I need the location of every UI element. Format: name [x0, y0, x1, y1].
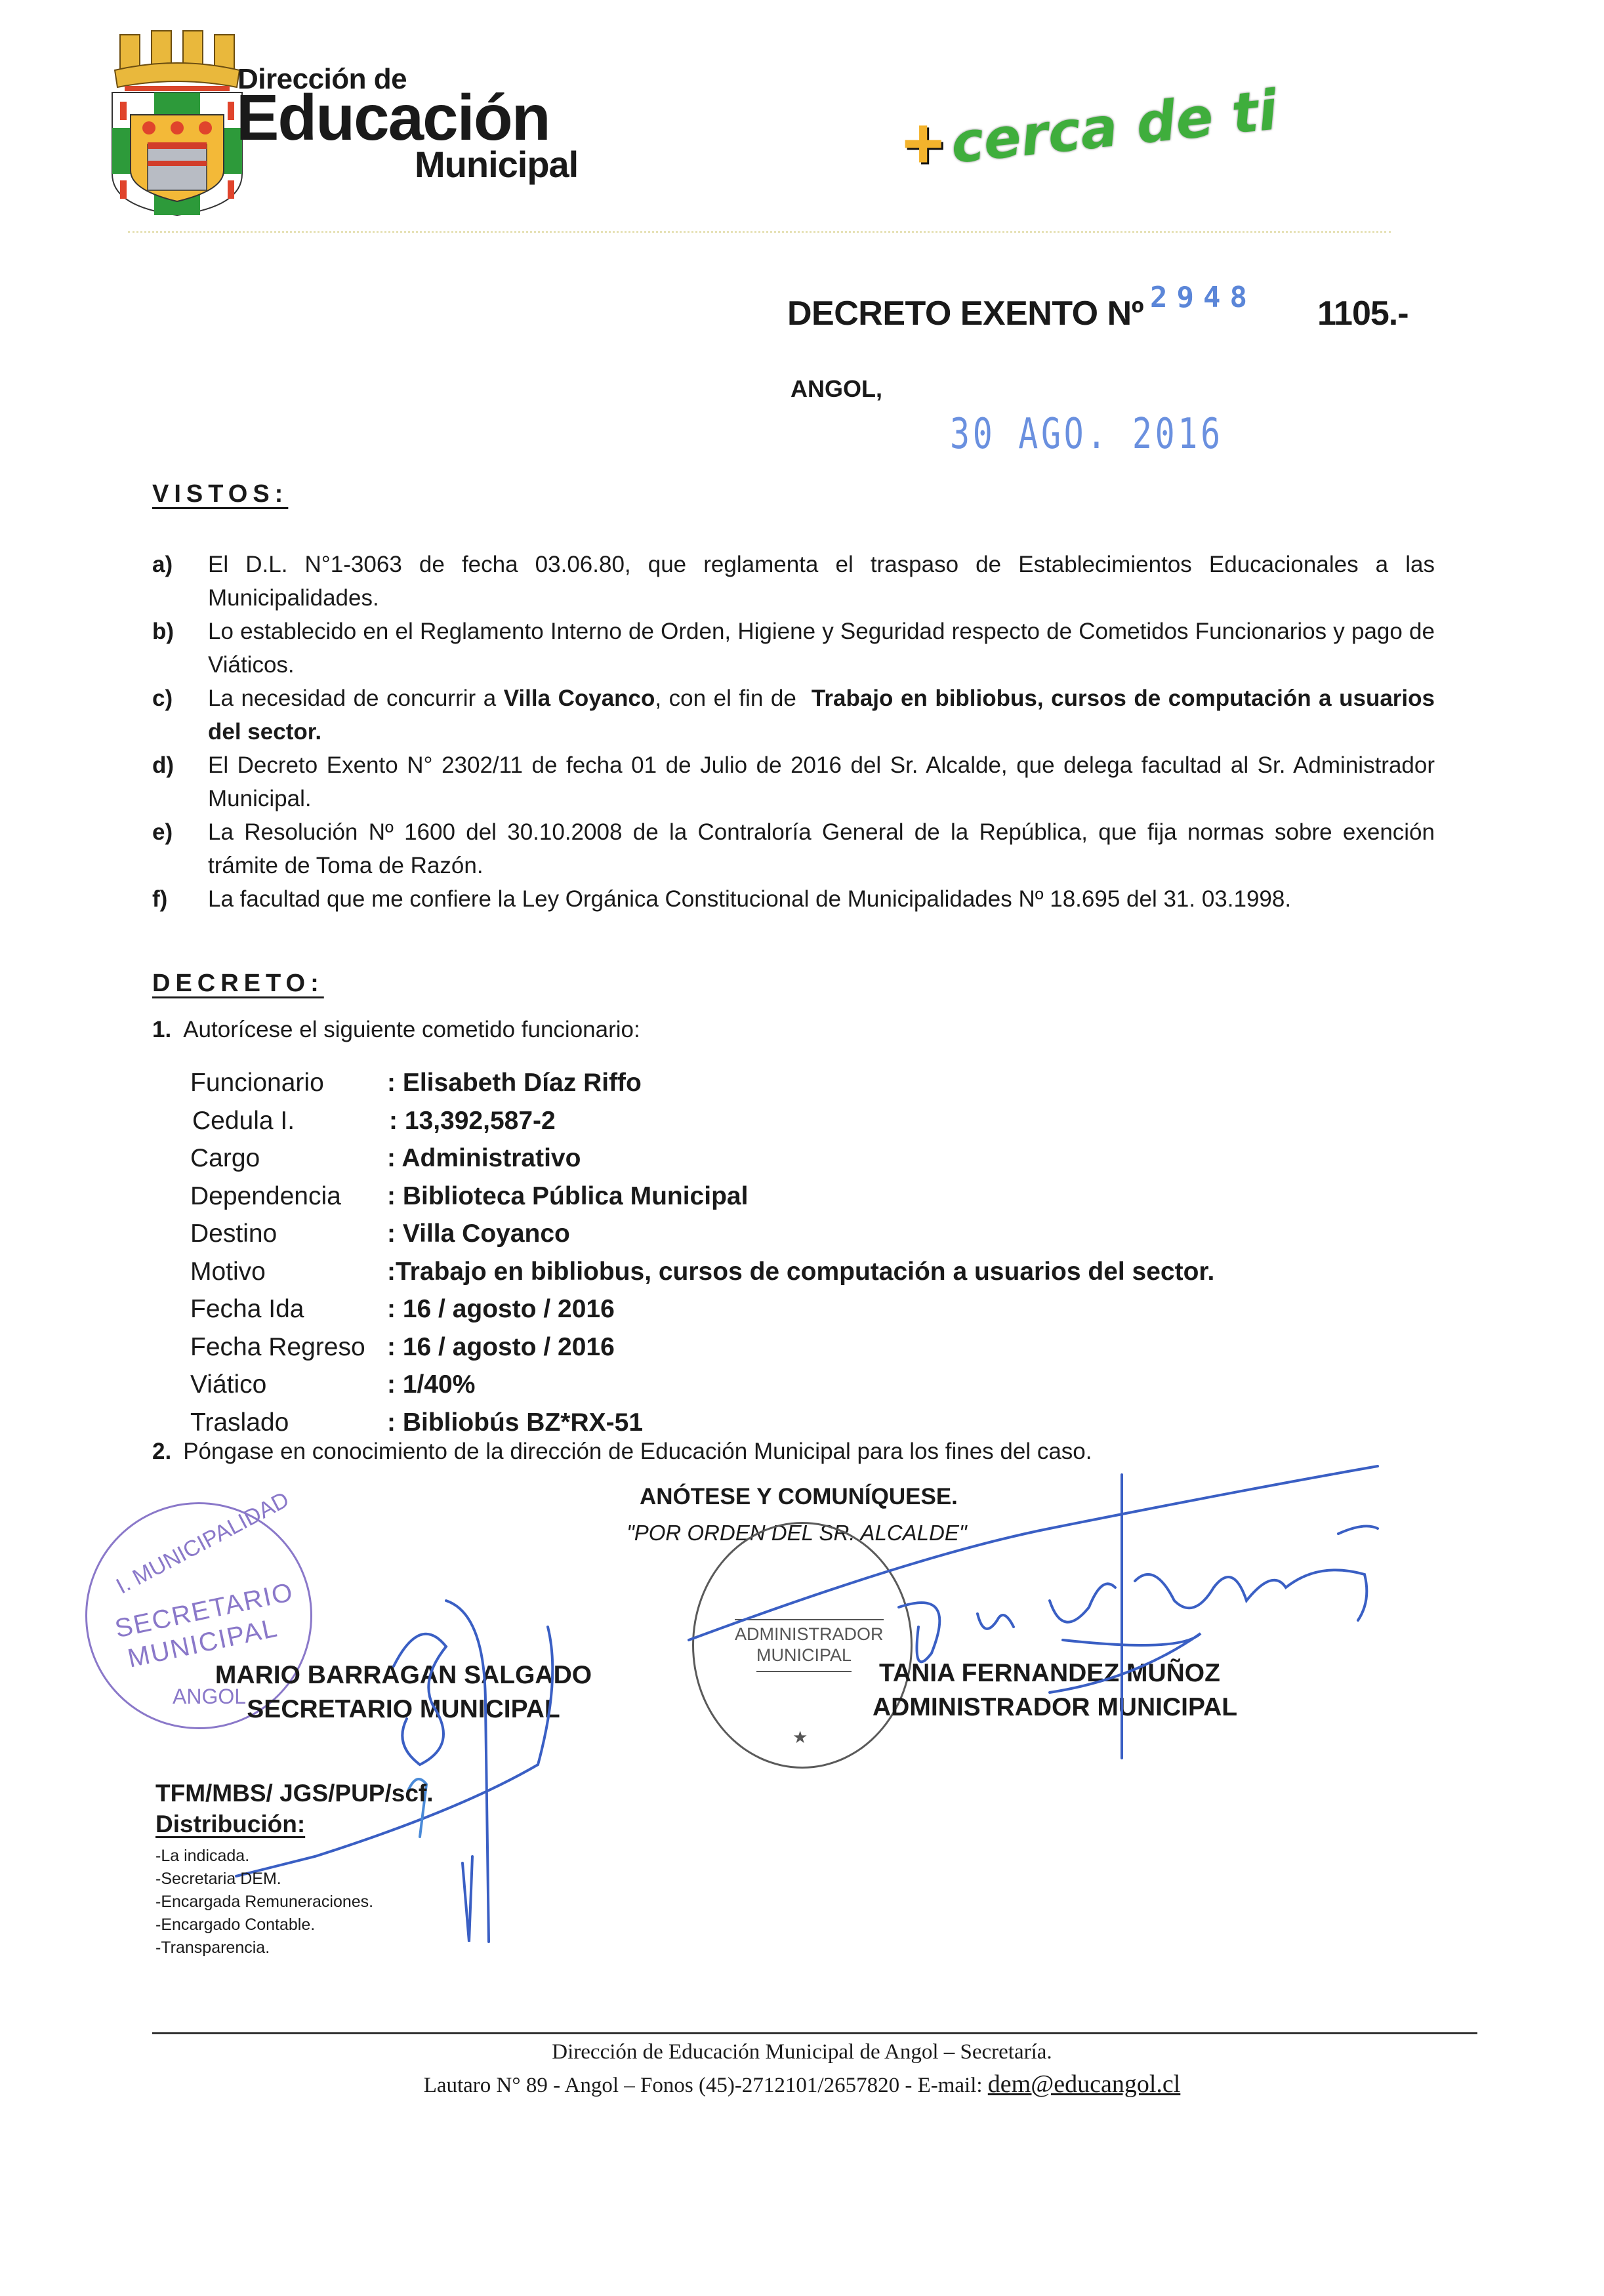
distribution-item: -Transparencia. [155, 1937, 373, 1959]
closing-formula: ANÓTESE Y COMUNÍQUESE. [640, 1484, 958, 1510]
field-label: Dependencia [190, 1178, 387, 1216]
municipal-coat-of-arms-icon [108, 30, 246, 216]
field-label: Motivo [190, 1253, 387, 1291]
org-name-line2: Educación [236, 85, 550, 150]
field-label: Destino [190, 1215, 387, 1253]
field-value: : 13,392,587-2 [389, 1102, 556, 1140]
stamp-text: ADMINISTRADOR [735, 1619, 884, 1645]
field-row-traslado: Traslado: Bibliobús BZ*RX-51 [190, 1404, 1214, 1442]
vistos-heading: VISTOS: [152, 480, 288, 508]
star-icon: ★ [792, 1727, 808, 1748]
vistos-item: d) El Decreto Exento N° 2302/11 de fecha… [152, 748, 1435, 815]
article-text: Autorícese el siguiente cometido funcion… [183, 1017, 640, 1042]
field-row-destino: Destino: Villa Coyanco [190, 1215, 1214, 1253]
field-row-fecha-ida: Fecha Ida: 16 / agosto / 2016 [190, 1290, 1214, 1328]
stamp-text: MUNICIPAL [756, 1645, 852, 1672]
field-value: : 16 / agosto / 2016 [387, 1290, 615, 1328]
vistos-item-letter: f) [152, 882, 167, 916]
field-value: : Administrativo [387, 1139, 581, 1178]
field-label: Traslado [190, 1404, 387, 1442]
distribution-list: -La indicada. -Secretaria DEM. -Encargad… [155, 1845, 373, 1959]
field-label: Cedula I. [190, 1102, 389, 1140]
vistos-item-letter: c) [152, 682, 173, 715]
vistos-item-text: El D.L. N°1-3063 de fecha 03.06.80, que … [208, 552, 1435, 611]
vistos-list: a) El D.L. N°1-3063 de fecha 03.06.80, q… [152, 548, 1435, 916]
decree-place: ANGOL, [791, 375, 882, 403]
field-label: Viático [190, 1366, 387, 1404]
signatory-name: MARIO BARRAGAN SALGADO [200, 1658, 607, 1692]
vistos-item: e) La Resolución Nº 1600 del 30.10.2008 … [152, 815, 1435, 882]
field-value: : Elisabeth Díaz Riffo [387, 1064, 642, 1102]
field-value: : Bibliobús BZ*RX-51 [387, 1404, 643, 1442]
field-label: Cargo [190, 1139, 387, 1178]
decree-title: DECRETO EXENTO Nº [787, 294, 1143, 333]
field-row-motivo: Motivo:Trabajo en bibliobus, cursos de c… [190, 1253, 1214, 1291]
reference-initials: TFM/MBS/ JGS/PUP/scf. [155, 1780, 434, 1807]
footer-contact-line: Lautaro N° 89 - Angol – Fonos (45)-27121… [0, 2070, 1604, 2099]
vistos-item-letter: d) [152, 748, 174, 782]
vistos-item-text: Lo establecido en el Reglamento Interno … [208, 619, 1435, 678]
stamped-decree-number: 2948 [1150, 281, 1256, 314]
article-number: 1. [152, 1017, 171, 1042]
field-value: : Biblioteca Pública Municipal [387, 1178, 748, 1216]
distribution-item: -Encargado Contable. [155, 1914, 373, 1937]
distribution-item: -Encargada Remuneraciones. [155, 1891, 373, 1914]
vistos-item-text: La Resolución Nº 1600 del 30.10.2008 de … [208, 819, 1435, 878]
vistos-item: b) Lo establecido en el Reglamento Inter… [152, 615, 1435, 682]
article-2: 2.Póngase en conocimiento de la direcció… [152, 1439, 1092, 1465]
slogan-plus-icon: + [902, 102, 944, 185]
slogan-logo: + cerca de ti [902, 108, 1296, 187]
vistos-item-letter: b) [152, 615, 174, 648]
org-name-line3: Municipal [415, 143, 578, 186]
header-divider [128, 231, 1391, 233]
decree-code: 1105.- [1317, 294, 1409, 333]
decreto-heading: DECRETO: [152, 970, 324, 998]
vistos-item-letter: a) [152, 548, 173, 581]
field-value: : 16 / agosto / 2016 [387, 1328, 615, 1366]
article-1: 1.Autorícese el siguiente cometido funci… [152, 1017, 640, 1043]
field-label: Fecha Regreso [190, 1328, 387, 1366]
assignment-fields: Funcionario: Elisabeth Díaz Riffo Cedula… [190, 1064, 1214, 1441]
signatory-right: TANIA FERNANDEZ MUÑOZ ADMINISTRADOR MUNI… [873, 1656, 1237, 1725]
signatory-role: SECRETARIO MUNICIPAL [200, 1692, 607, 1727]
stamped-date: 30 AGO. 2016 [950, 410, 1224, 459]
distribution-item: -La indicada. [155, 1845, 373, 1868]
vistos-item-letter: e) [152, 815, 173, 849]
vistos-item: f) La facultad que me confiere la Ley Or… [152, 882, 1435, 916]
vistos-item-text: El Decreto Exento N° 2302/11 de fecha 01… [208, 752, 1435, 811]
footer-email-link[interactable]: dem@educangol.cl [988, 2070, 1181, 2098]
field-value: : 1/40% [387, 1366, 475, 1404]
vistos-item-text: La facultad que me confiere la Ley Orgán… [208, 886, 1291, 912]
vistos-item-destination: Villa Coyanco [504, 686, 655, 711]
field-value: : Villa Coyanco [387, 1215, 570, 1253]
signatory-role: ADMINISTRADOR MUNICIPAL [873, 1691, 1237, 1725]
article-number: 2. [152, 1439, 171, 1464]
field-row-cedula: Cedula I.: 13,392,587-2 [190, 1102, 1214, 1140]
field-value: :Trabajo en bibliobus, cursos de computa… [387, 1253, 1214, 1291]
distribution-item: -Secretaria DEM. [155, 1868, 373, 1891]
vistos-item: c) La necesidad de concurrir a Villa Coy… [152, 682, 1435, 748]
field-label: Funcionario [190, 1064, 387, 1102]
signatory-name: TANIA FERNANDEZ MUÑOZ [873, 1656, 1237, 1691]
signatory-left: MARIO BARRAGAN SALGADO SECRETARIO MUNICI… [200, 1658, 607, 1727]
field-row-dependencia: Dependencia: Biblioteca Pública Municipa… [190, 1178, 1214, 1216]
field-label: Fecha Ida [190, 1290, 387, 1328]
vistos-item-text: La necesidad de concurrir a [208, 686, 504, 711]
footer-divider [152, 2032, 1477, 2034]
slogan-text: cerca de ti [948, 77, 1281, 176]
footer-address: Lautaro N° 89 - Angol – Fonos (45)-27121… [424, 2074, 988, 2097]
vistos-item: a) El D.L. N°1-3063 de fecha 03.06.80, q… [152, 548, 1435, 615]
article-text: Póngase en conocimiento de la dirección … [183, 1439, 1092, 1464]
vistos-item-text: , con el fin de [655, 686, 804, 711]
field-row-cargo: Cargo: Administrativo [190, 1139, 1214, 1178]
distribution-title: Distribución: [155, 1811, 305, 1838]
field-row-funcionario: Funcionario: Elisabeth Díaz Riffo [190, 1064, 1214, 1102]
field-row-fecha-regreso: Fecha Regreso: 16 / agosto / 2016 [190, 1328, 1214, 1366]
field-row-viatico: Viático: 1/40% [190, 1366, 1214, 1404]
footer-office-line: Dirección de Educación Municipal de Ango… [0, 2040, 1604, 2064]
administrator-stamp: ADMINISTRADOR MUNICIPAL ★ [692, 1522, 913, 1769]
